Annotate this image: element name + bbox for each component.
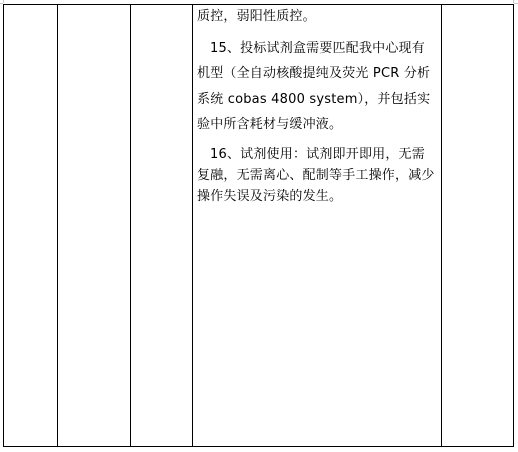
column-divider-4 (441, 5, 442, 446)
page-corner-mark-right-v (513, 0, 514, 3)
page-corner-mark-left-v (3, 0, 4, 3)
spec-paragraph-15: 15、投标试剂盒需要匹配我中心现有机型（全自动核酸提纯及荧光 PCR 分析系统 … (197, 36, 437, 138)
spec-paragraph-16: 16、试剂使用：试剂即开即用，无需复融，无需离心、配制等手工操作，减少操作失误及… (197, 144, 437, 207)
page-corner-mark-right (514, 3, 518, 4)
column-divider-1 (57, 5, 58, 446)
spec-cell: 质控，弱阳性质控。 15、投标试剂盒需要匹配我中心现有机型（全自动核酸提纯及荧光… (197, 4, 437, 207)
column-divider-2 (130, 5, 131, 446)
spec-paragraph-continuation: 质控，弱阳性质控。 (197, 4, 437, 30)
column-divider-3 (192, 5, 193, 446)
